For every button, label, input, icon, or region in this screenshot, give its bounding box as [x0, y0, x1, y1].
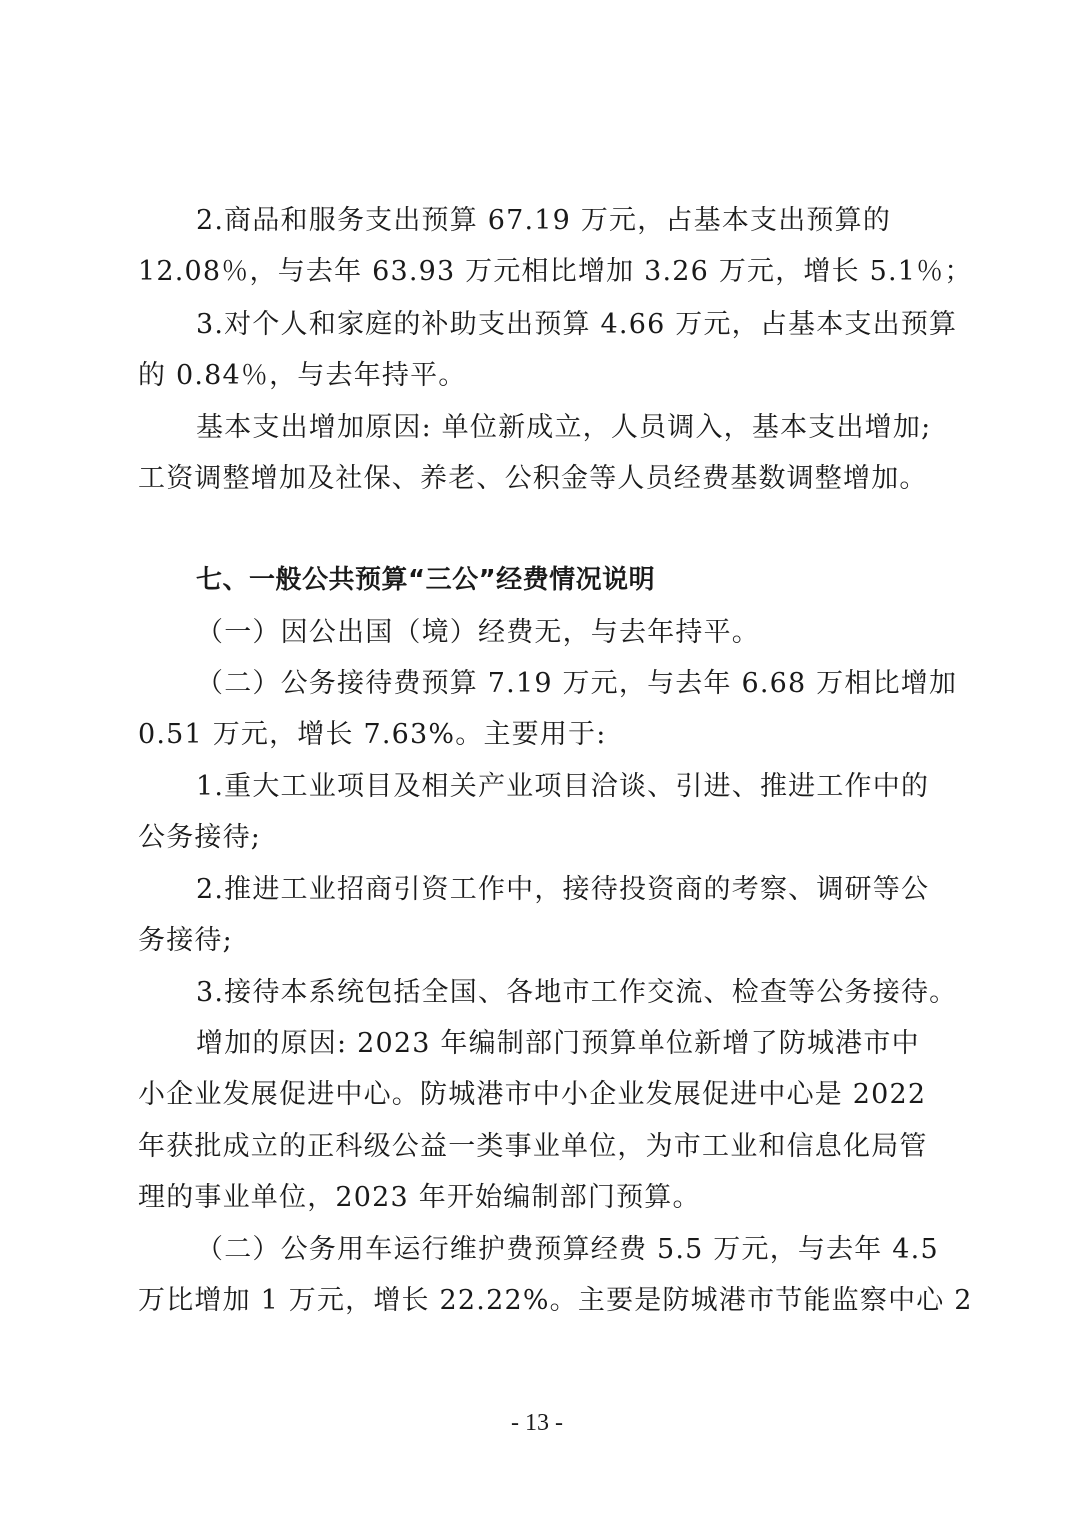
paragraph-increase-reason: 增加的原因: 2023 年编制部门预算单位新增了防城港市中 — [196, 1026, 996, 1062]
paragraph-reception-budget-cont: 0.51 万元，增长 7.63%。主要用于: — [138, 717, 938, 753]
paragraph-basic-expense-reason: 基本支出增加原因: 单位新成立，人员调入，基本支出增加; — [196, 410, 996, 446]
paragraph-increase-reason-cont-3: 理的事业单位，2023 年开始编制部门预算。 — [138, 1180, 938, 1216]
list-item-reception-1: 1.重大工业项目及相关产业项目洽谈、引进、推进工作中的 — [196, 769, 996, 805]
paragraph-household-subsidy: 3.对个人和家庭的补助支出预算 4.66 万元，占基本支出预算 — [196, 307, 996, 343]
list-item-reception-1-cont: 公务接待; — [138, 820, 938, 856]
paragraph-increase-reason-cont-1: 小企业发展促进中心。防城港市中小企业发展促进中心是 2022 — [138, 1077, 938, 1113]
list-item-reception-3: 3.接待本系统包括全国、各地市工作交流、检查等公务接待。 — [196, 975, 996, 1011]
page-number: - 13 - — [0, 1408, 1074, 1438]
paragraph-vehicle-maintenance: （二）公务用车运行维护费预算经费 5.5 万元，与去年 4.5 — [196, 1232, 996, 1268]
paragraph-basic-expense-reason-cont: 工资调整增加及社保、养老、公积金等人员经费基数调整增加。 — [138, 461, 938, 497]
paragraph-goods-services-budget-cont: 12.08％，与去年 63.93 万元相比增加 3.26 万元，增长 5.1％； — [138, 254, 938, 290]
paragraph-overseas-travel: （一）因公出国（境）经费无，与去年持平。 — [196, 615, 996, 651]
paragraph-reception-budget: （二）公务接待费预算 7.19 万元，与去年 6.68 万相比增加 — [196, 666, 996, 702]
paragraph-increase-reason-cont-2: 年获批成立的正科级公益一类事业单位，为市工业和信息化局管 — [138, 1129, 938, 1165]
list-item-reception-2: 2.推进工业招商引资工作中，接待投资商的考察、调研等公 — [196, 872, 996, 908]
section-heading-three-public-expenses: 七、一般公共预算“三公”经费情况说明 — [196, 562, 996, 598]
list-item-reception-2-cont: 务接待; — [138, 923, 938, 959]
paragraph-household-subsidy-cont: 的 0.84％，与去年持平。 — [138, 358, 938, 394]
paragraph-goods-services-budget: 2.商品和服务支出预算 67.19 万元，占基本支出预算的 — [196, 203, 996, 239]
paragraph-vehicle-maintenance-cont: 万比增加 1 万元，增长 22.22%。主要是防城港市节能监察中心 2 — [138, 1283, 938, 1319]
document-page: 2.商品和服务支出预算 67.19 万元，占基本支出预算的 12.08％，与去年… — [0, 0, 1074, 1520]
